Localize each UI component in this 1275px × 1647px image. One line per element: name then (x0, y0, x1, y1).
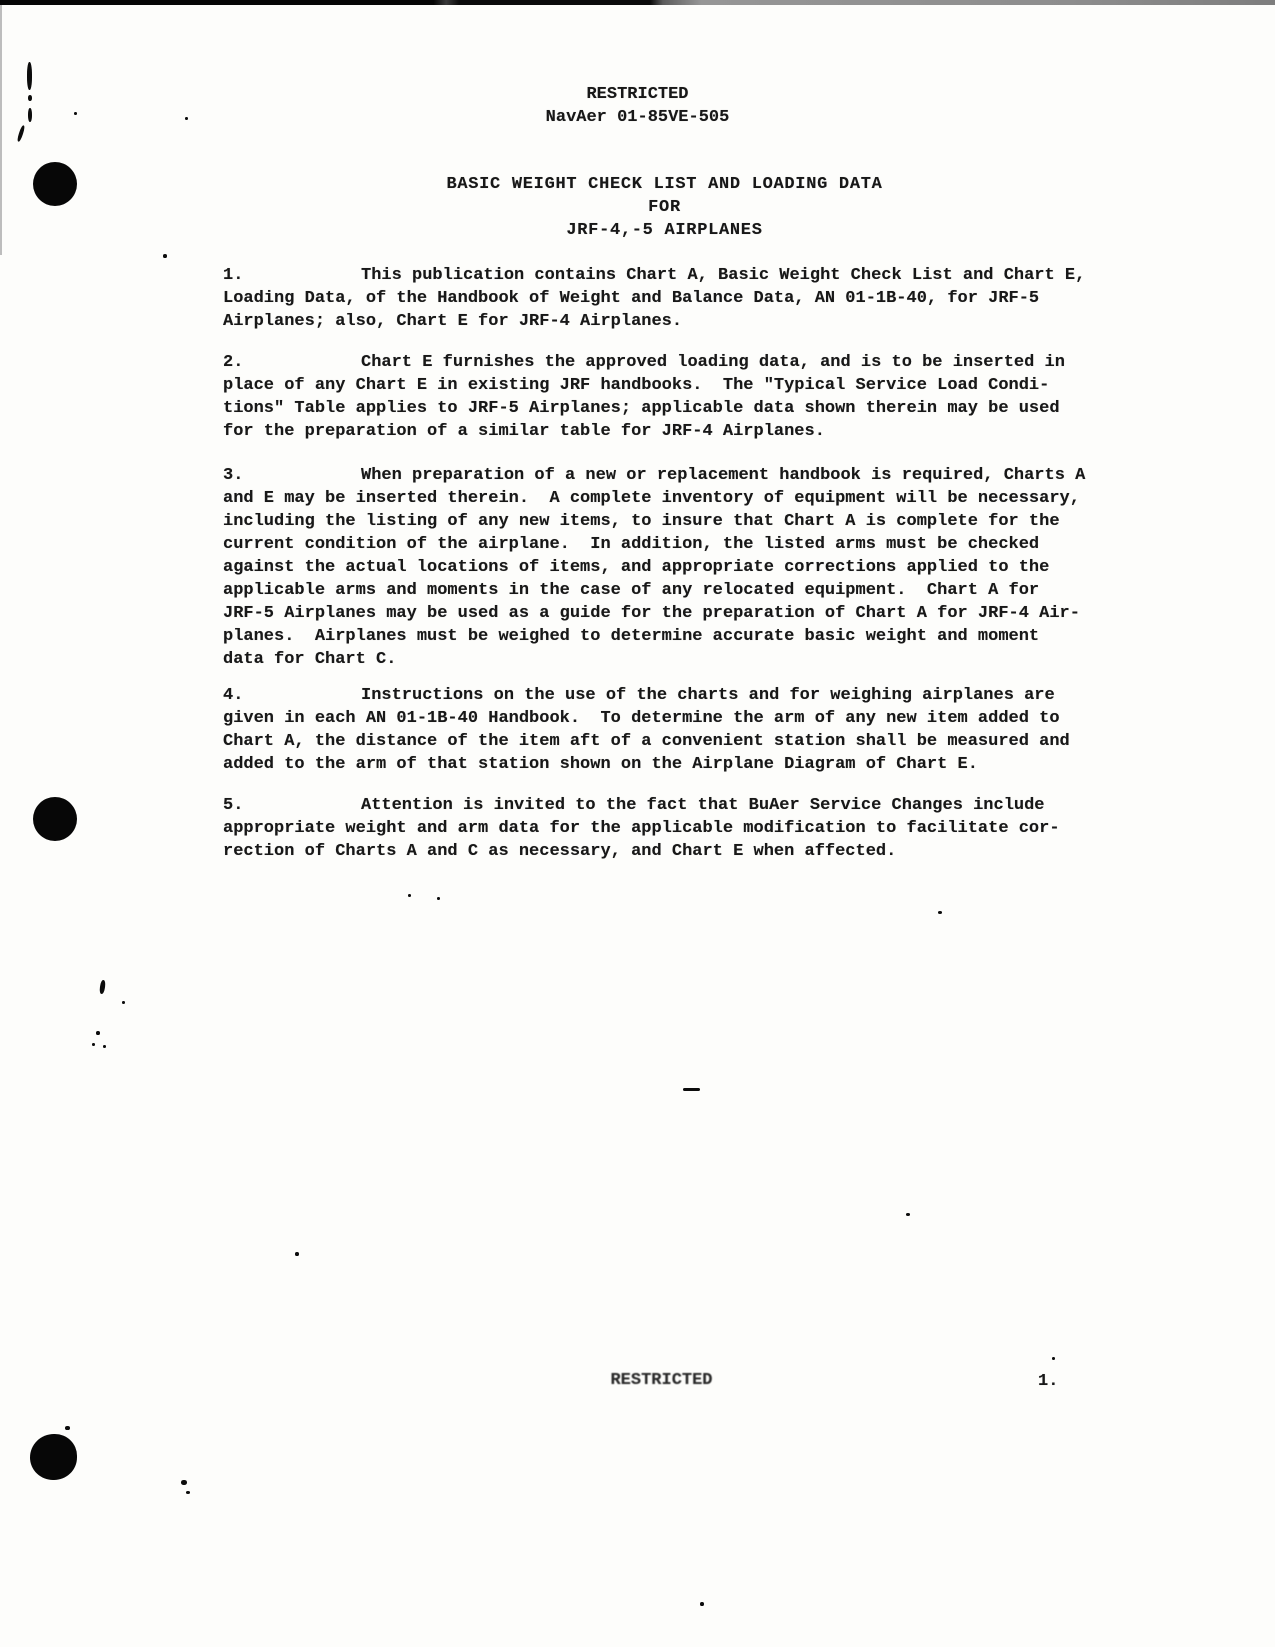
punch-hole (30, 1434, 77, 1480)
page-number: 1. (1038, 1370, 1058, 1393)
ink-speck (181, 1480, 187, 1485)
paragraph-text: Chart E furnishes the approved loading d… (223, 351, 1098, 443)
document-page: RESTRICTED NavAer 01-85VE-505 BASIC WEIG… (0, 0, 1275, 1647)
paragraph-number: 3. (223, 464, 243, 487)
ink-speck (65, 1426, 70, 1430)
ink-speck (96, 1031, 100, 1035)
ink-speck (408, 894, 411, 897)
paragraph-number: 4. (223, 684, 243, 707)
document-number: NavAer 01-85VE-505 (0, 107, 1275, 129)
paragraph-1: 1. This publication contains Chart A, Ba… (223, 264, 1098, 333)
paragraph-number: 5. (223, 794, 243, 817)
ink-mark (683, 1088, 700, 1091)
scan-artifact-top-bar (0, 0, 1275, 5)
document-title: BASIC WEIGHT CHECK LIST AND LOADING DATA… (54, 173, 1275, 242)
classification-header: RESTRICTED (0, 84, 1275, 106)
scan-artifact-left-edge (0, 5, 2, 255)
ink-speck (906, 1213, 910, 1216)
paragraph-3: 3. When preparation of a new or replacem… (223, 464, 1098, 671)
ink-speck (122, 1001, 125, 1004)
ink-speck (92, 1043, 95, 1046)
ink-mark (99, 980, 106, 995)
paragraph-number: 2. (223, 351, 243, 374)
paragraph-5: 5. Attention is invited to the fact that… (223, 794, 1098, 863)
paragraph-text: Instructions on the use of the charts an… (223, 684, 1098, 776)
classification-footer: RESTRICTED (48, 1369, 1275, 1392)
paragraph-4: 4. Instructions on the use of the charts… (223, 684, 1098, 776)
ink-speck (163, 254, 167, 258)
paragraph-text: Attention is invited to the fact that Bu… (223, 794, 1098, 863)
paragraph-number: 1. (223, 264, 243, 287)
ink-speck (437, 897, 440, 900)
ink-speck (1052, 1357, 1055, 1360)
ink-speck (295, 1252, 299, 1256)
ink-speck (700, 1602, 704, 1606)
ink-speck (103, 1045, 106, 1048)
ink-speck (938, 911, 942, 914)
ink-speck (186, 1491, 190, 1494)
paragraph-2: 2. Chart E furnishes the approved loadin… (223, 351, 1098, 443)
punch-hole (33, 797, 77, 841)
paragraph-text: When preparation of a new or replacement… (223, 464, 1098, 671)
paragraph-text: This publication contains Chart A, Basic… (223, 264, 1098, 333)
